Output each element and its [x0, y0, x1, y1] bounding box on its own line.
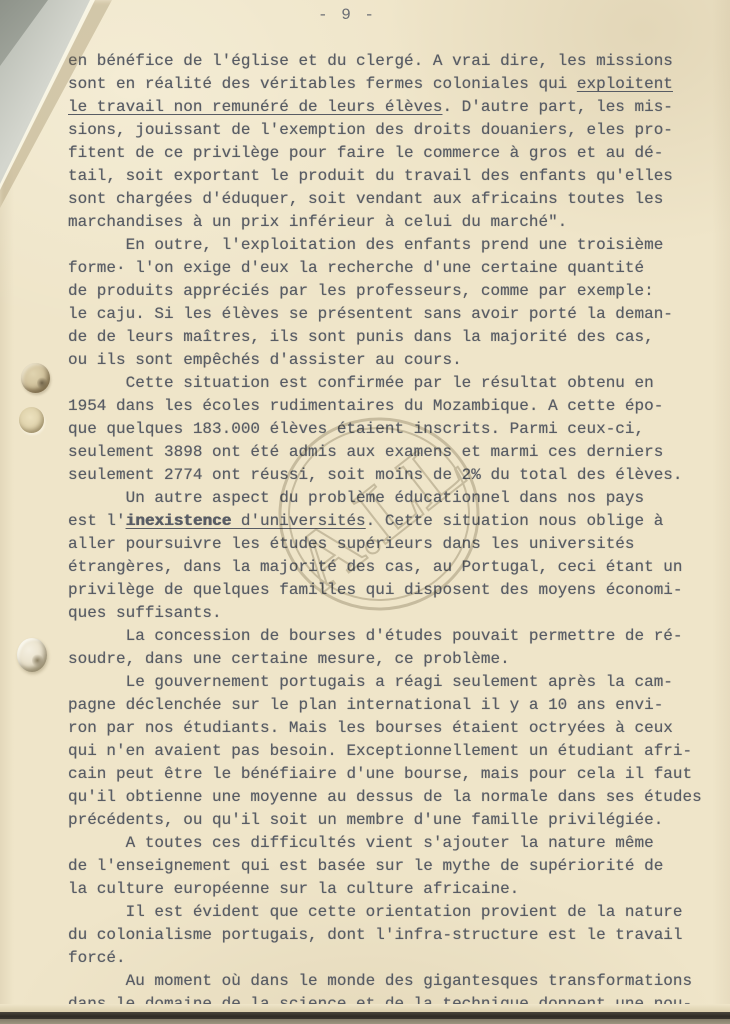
text-run: soudre, dans une certaine mesure, ce pro… [68, 650, 510, 668]
text-run: . D'autre part, les mis- [442, 98, 672, 116]
text-line: Il est évident que cette orientation pro… [68, 901, 688, 924]
text-run: La concession de bourses d'études pouvai… [68, 627, 683, 645]
text-run: tail, soit exportant le produit du trava… [68, 167, 673, 185]
text-line: 1954 dans les écoles rudimentaires du Mo… [68, 395, 688, 418]
text-run: Le gouvernement portugais a réagi seulem… [68, 673, 673, 691]
text-line: Au moment où dans le monde des gigantesq… [68, 970, 688, 993]
text-line: précédents, ou qu'il soit un membre d'un… [68, 809, 688, 832]
text-run: Il est évident que cette orientation pro… [68, 903, 683, 921]
text-run: aller poursuivre les études supérieurs d… [68, 535, 635, 553]
text-run: de produits appréciés par les professeur… [68, 282, 654, 300]
text-line: de de leurs maîtres, ils sont punis dans… [68, 326, 688, 349]
punch-hole [21, 363, 50, 393]
text-line: seulement 2774 ont réussi, soit moins de… [68, 464, 688, 487]
text-line: le travail non remunéré de leurs élèves.… [68, 96, 688, 119]
text-line: tail, soit exportant le produit du trava… [68, 165, 688, 188]
text-line: sont en réalité des véritables fermes co… [68, 73, 688, 96]
text-line: forme· l'on exige d'eux la recherche d'u… [68, 257, 688, 280]
text-run: de de leurs maîtres, ils sont punis dans… [68, 328, 654, 346]
text-run: ou ils sont empêchés d'assister au cours… [68, 351, 462, 369]
text-line: de l'enseignement qui est basée sur le m… [68, 855, 688, 878]
text-run: sions, jouissant de l'exemption des droi… [68, 121, 673, 139]
text-run: précédents, ou qu'il soit un membre d'un… [68, 811, 663, 829]
text-run: privilège de quelques familles qui dispo… [68, 581, 683, 599]
text-line: ron par nos étudiants. Mais les bourses … [68, 717, 688, 740]
text-run: que quelques 183.000 élèves étaient insc… [68, 420, 644, 438]
text-line: est l'inexistence d'universités. Cette s… [68, 510, 688, 533]
text-line: Cette situation est confirmée par le rés… [68, 372, 688, 395]
underlined-text: inexistence [126, 512, 232, 530]
text-line: que quelques 183.000 élèves étaient insc… [68, 418, 688, 441]
text-run: est l' [68, 512, 126, 530]
text-run: seulement 3898 ont été admis aux examens… [68, 443, 663, 461]
underlined-text: le travail non remunéré de leurs élèves [68, 98, 442, 116]
text-line: soudre, dans une certaine mesure, ce pro… [68, 648, 688, 671]
document-text: en bénéfice de l'église et du clergé. A … [68, 50, 688, 1016]
text-line: en bénéfice de l'église et du clergé. A … [68, 50, 688, 73]
punch-hole [19, 407, 44, 433]
text-run: de l'enseignement qui est basée sur le m… [68, 857, 663, 875]
text-run: Cette situation est confirmée par le rés… [68, 374, 654, 392]
text-run: seulement 2774 ont réussi, soit moins de… [68, 466, 683, 484]
text-line: aller poursuivre les études supérieurs d… [68, 533, 688, 556]
text-line: ou ils sont empêchés d'assister au cours… [68, 349, 688, 372]
text-run: sont en réalité des véritables fermes co… [68, 75, 577, 93]
text-line: marchandises à un prix inférieur à celui… [68, 211, 688, 234]
text-run: forme· l'on exige d'eux la recherche d'u… [68, 259, 644, 277]
text-run: qui n'en avaient pas besoin. Exceptionne… [68, 742, 692, 760]
text-line: de produits appréciés par les professeur… [68, 280, 688, 303]
text-run: étrangères, dans la majorité des cas, au… [68, 558, 683, 576]
text-run: 1954 dans les écoles rudimentaires du Mo… [68, 397, 663, 415]
text-run: fitent de ce privilège pour faire le com… [68, 144, 663, 162]
text-run: Un autre aspect du problème éducationnel… [68, 489, 644, 507]
text-line: forcé. [68, 947, 688, 970]
text-line: qu'il obtienne une moyenne au dessus de … [68, 786, 688, 809]
text-line: seulement 3898 ont été admis aux examens… [68, 441, 688, 464]
text-line: la culture européenne sur la culture afr… [68, 878, 688, 901]
punch-hole [17, 638, 47, 672]
text-line: Le gouvernement portugais a réagi seulem… [68, 671, 688, 694]
text-run: marchandises à un prix inférieur à celui… [68, 213, 567, 231]
underlined-text: exploitent [577, 75, 673, 93]
underlined-text: d'universités [231, 512, 365, 530]
text-run: la culture européenne sur la culture afr… [68, 880, 519, 898]
text-line: le caju. Si les élèves se présentent san… [68, 303, 688, 326]
text-line: cain peut être le bénéfiaire d'une bours… [68, 763, 688, 786]
text-line: Un autre aspect du problème éducationnel… [68, 487, 688, 510]
text-line: privilège de quelques familles qui dispo… [68, 579, 688, 602]
text-line: sions, jouissant de l'exemption des droi… [68, 119, 688, 142]
text-run: ron par nos étudiants. Mais les bourses … [68, 719, 673, 737]
text-run: qu'il obtienne une moyenne au dessus de … [68, 788, 702, 806]
scanned-page: - 9 - en bénéfice de l'église et du cler… [0, 0, 730, 1024]
scan-background-strip [0, 1019, 730, 1024]
text-line: fitent de ce privilège pour faire le com… [68, 142, 688, 165]
text-run: sont chargées d'éduquer, soit vendant au… [68, 190, 663, 208]
text-line: qui n'en avaient pas besoin. Exceptionne… [68, 740, 688, 763]
text-run: forcé. [68, 949, 126, 967]
text-line: La concession de bourses d'études pouvai… [68, 625, 688, 648]
text-run: . Cette situation nous oblige à [366, 512, 664, 530]
text-run: le caju. Si les élèves se présentent san… [68, 305, 673, 323]
text-run: du colonialisme portugais, dont l'infra-… [68, 926, 683, 944]
text-line: sont chargées d'éduquer, soit vendant au… [68, 188, 688, 211]
text-run: ques suffisants. [68, 604, 222, 622]
text-run: en bénéfice de l'église et du clergé. A … [68, 52, 673, 70]
text-line: ques suffisants. [68, 602, 688, 625]
text-run: Au moment où dans le monde des gigantesq… [68, 972, 692, 990]
text-line: du colonialisme portugais, dont l'infra-… [68, 924, 688, 947]
text-run: A toutes ces difficultés vient s'ajouter… [68, 834, 654, 852]
text-run: En outre, l'exploitation des enfants pre… [68, 236, 663, 254]
text-line: En outre, l'exploitation des enfants pre… [68, 234, 688, 257]
text-run: cain peut être le bénéfiaire d'une bours… [68, 765, 692, 783]
text-line: étrangères, dans la majorité des cas, au… [68, 556, 688, 579]
page-bottom-edge [0, 1012, 730, 1019]
text-run: pagne déclenchée sur le plan internation… [68, 696, 663, 714]
text-line: A toutes ces difficultés vient s'ajouter… [68, 832, 688, 855]
text-line: pagne déclenchée sur le plan internation… [68, 694, 688, 717]
